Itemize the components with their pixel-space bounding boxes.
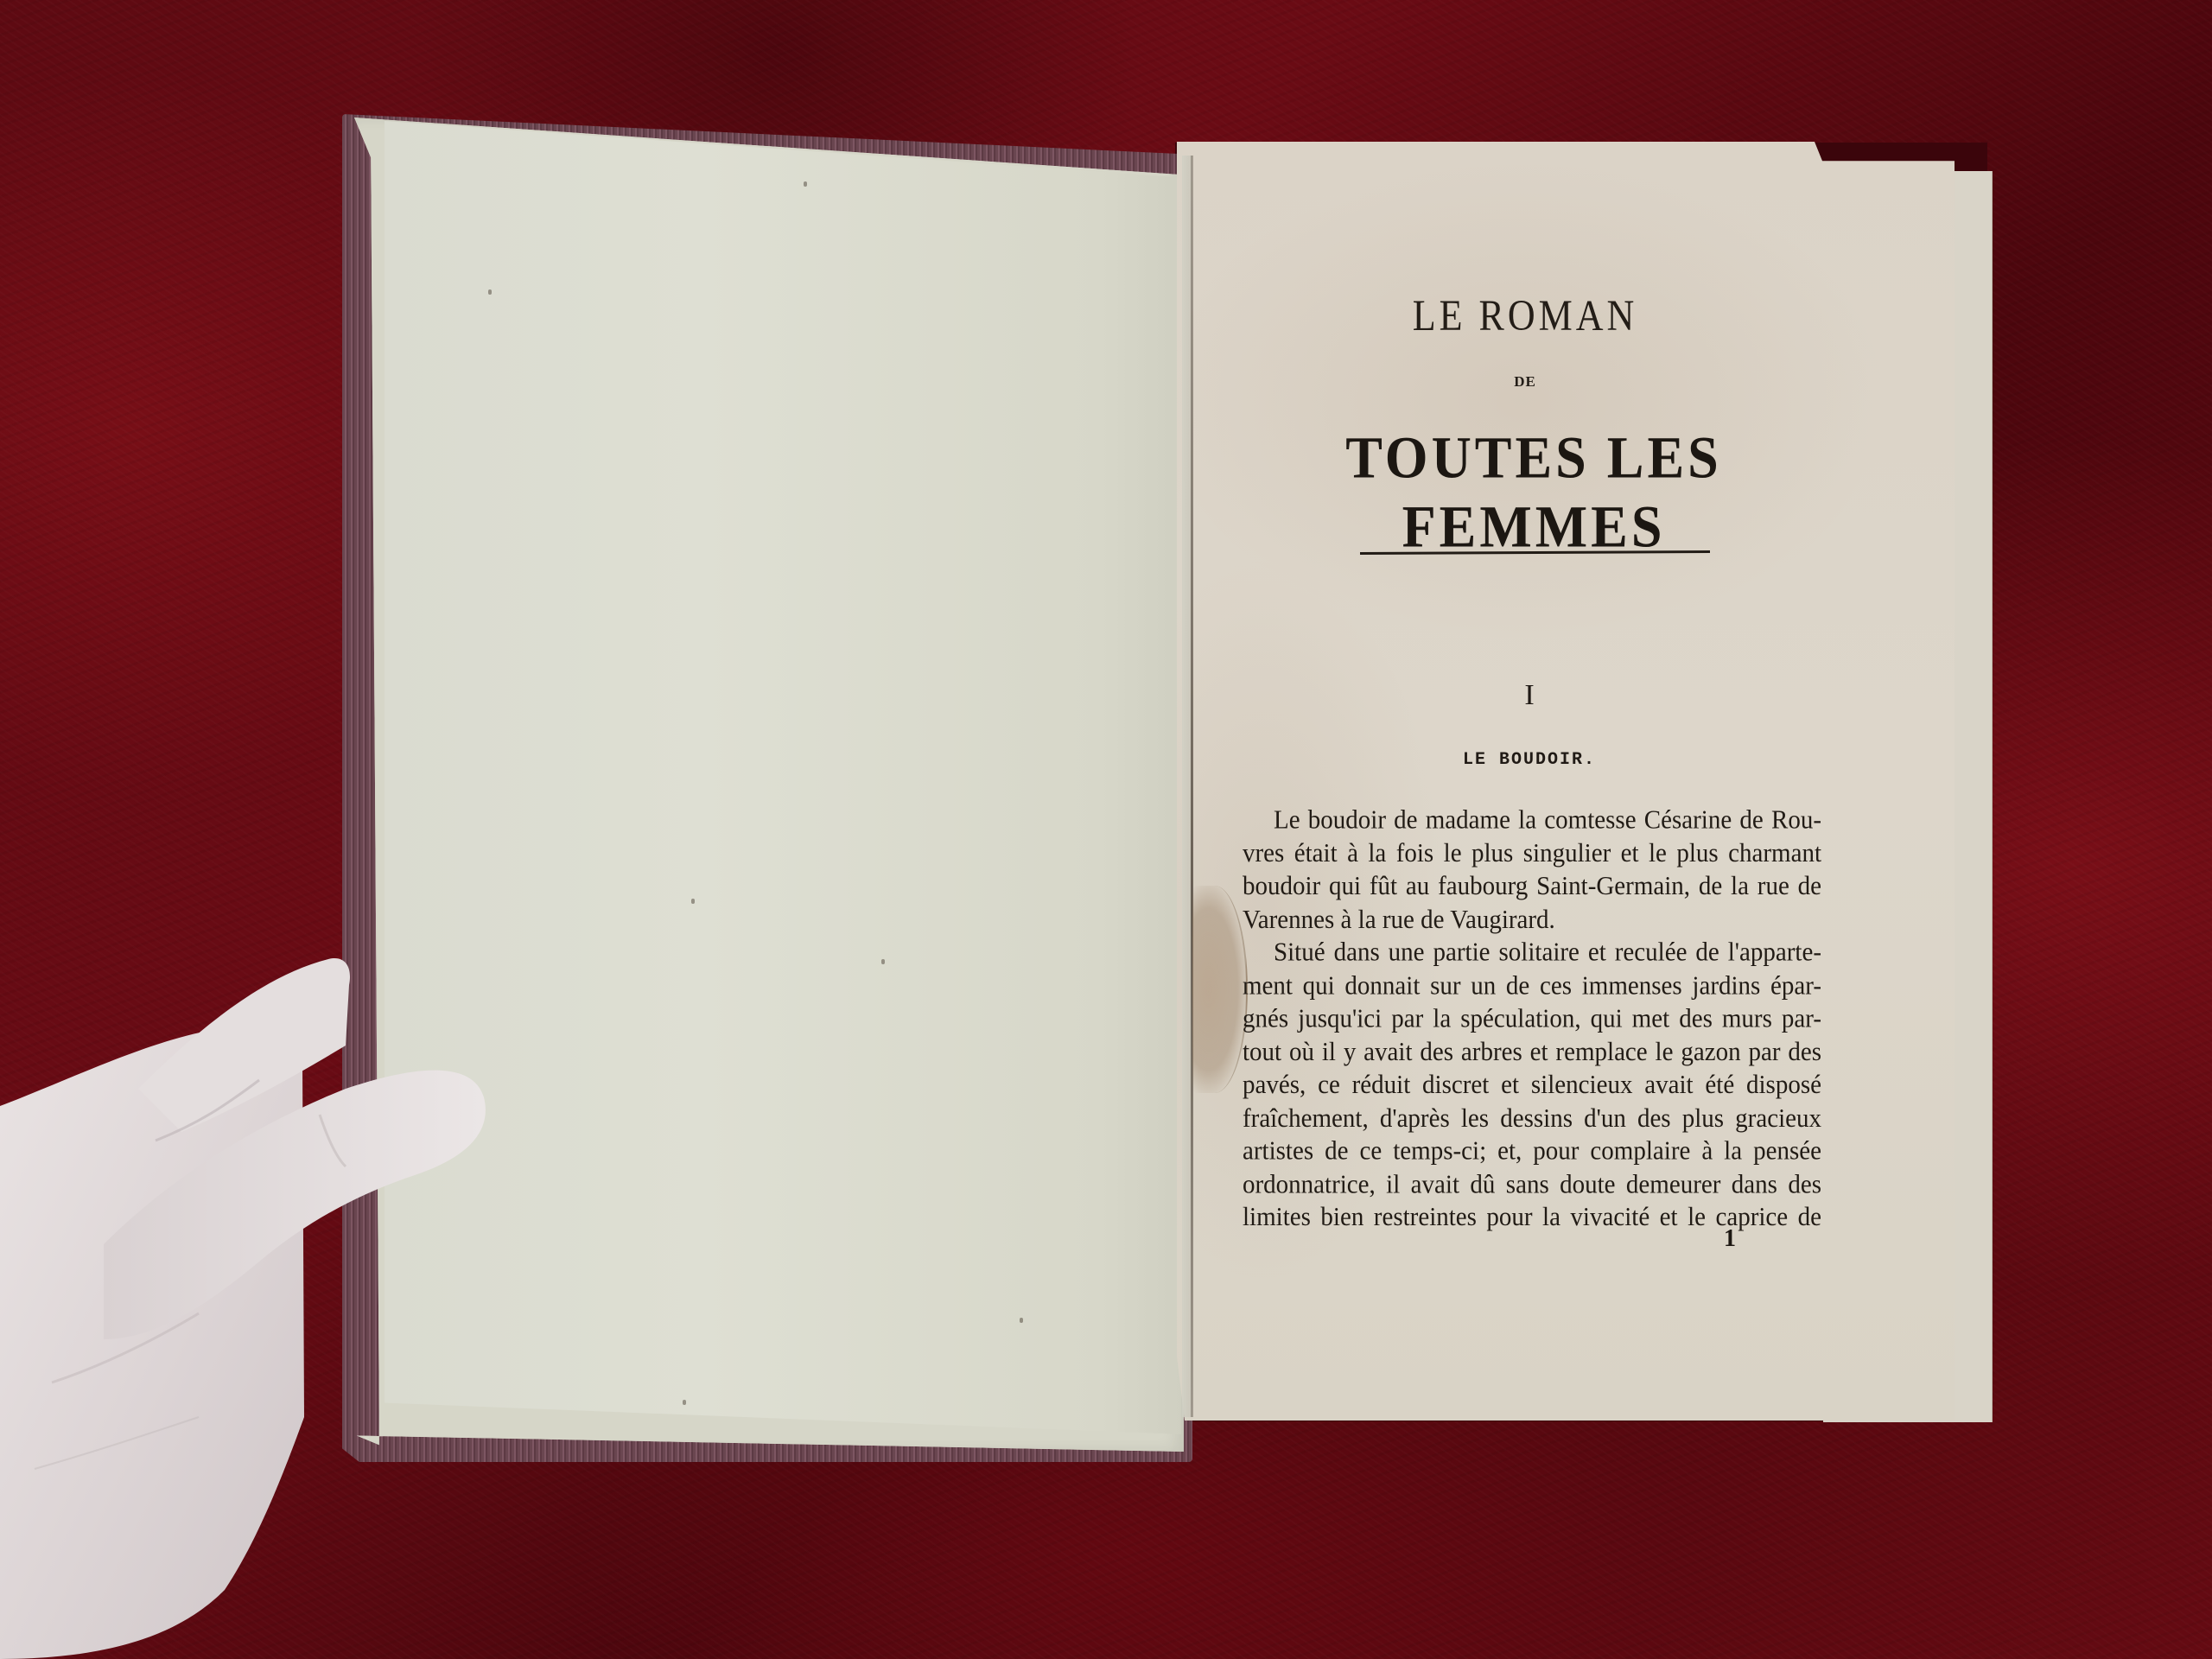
paper-speck [691, 899, 695, 904]
chapter-number: I [1503, 679, 1555, 712]
text-line: gnés jusqu'ici par la spéculation, qui m… [1243, 1002, 1821, 1035]
text-line: boudoir qui fût au faubourg Saint-Germai… [1243, 870, 1821, 903]
book-title-line-2: TOUTES LES FEMMES [1236, 423, 1832, 562]
text-line: Situé dans une partie solitaire et recul… [1243, 936, 1821, 969]
text-line: Varennes à la rue de Vaugirard. [1243, 903, 1821, 936]
paper-speck [683, 1400, 686, 1405]
page-number: 1 [1724, 1225, 1736, 1253]
paper-speck [804, 181, 807, 187]
gutter-crease [1191, 156, 1193, 1417]
text-line: artistes de ce temps-ci; et, pour compla… [1243, 1135, 1821, 1167]
paper-speck [488, 289, 492, 295]
text-line: pavés, ce réduit discret et silencieux a… [1243, 1069, 1821, 1102]
blank-left-page-surface [385, 121, 1181, 1434]
text-line: Le boudoir de madame la comtesse Césarin… [1243, 804, 1821, 836]
chapter-title: LE BOUDOIR. [1400, 750, 1659, 770]
text-line: ordonnatrice, il avait dû sans doute dem… [1243, 1168, 1821, 1201]
text-line: fraîchement, d'après les dessins d'un de… [1243, 1102, 1821, 1135]
text-line: tout où il y avait des arbres et remplac… [1243, 1035, 1821, 1068]
book-title-line-1: LE ROMAN [1339, 290, 1711, 341]
paper-speck [881, 959, 885, 964]
text-line: vres était à la fois le plus singulier e… [1243, 836, 1821, 869]
text-line: ment qui donnait sur un de ces immenses … [1243, 969, 1821, 1002]
body-text: Le boudoir de madame la comtesse Césarin… [1243, 804, 1821, 1234]
book-title-connector: DE [1469, 373, 1581, 391]
paper-speck [1020, 1318, 1023, 1323]
